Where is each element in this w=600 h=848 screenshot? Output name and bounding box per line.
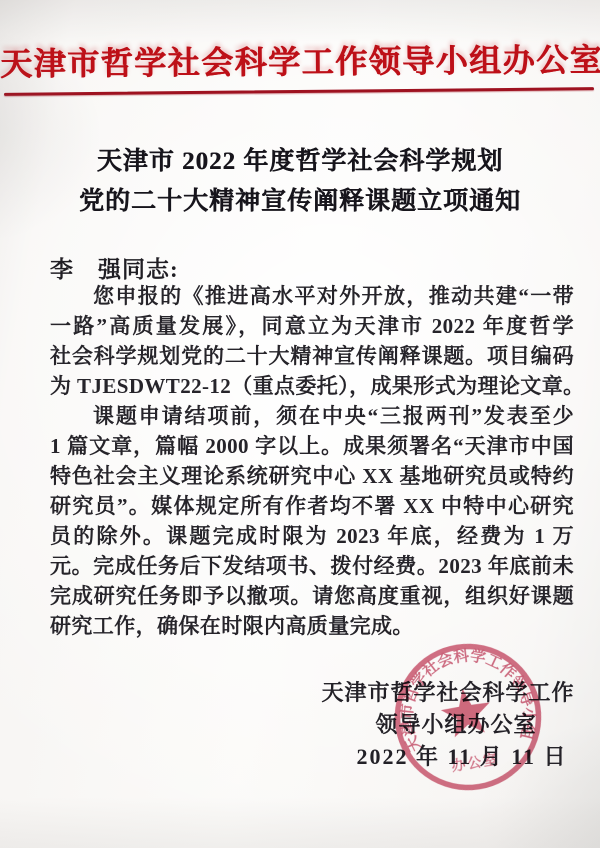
letterhead-divider — [4, 87, 594, 96]
body-line: 一路”高质量发展》，同意立为天津市 2022 年度哲学 — [50, 311, 574, 341]
document-title-line2: 党的二十大精神宣传阐释课题立项通知 — [0, 182, 600, 222]
seal-star-icon — [438, 685, 494, 739]
body-line: 特色社会主义理论系统研究中心 XX 基地研究员或特约 — [50, 461, 574, 491]
body-line: 1 篇文章，篇幅 2000 字以上。成果须署名“天津市中国 — [50, 431, 574, 461]
letter-body: 您申报的《推进高水平对外开放，推动共建“一带一路”高质量发展》，同意立为天津市 … — [50, 281, 574, 641]
body-line: 社会科学规划党的二十大精神宣传阐释课题。项目编码 — [50, 341, 574, 371]
document-page: 天津市哲学社会科学工作领导小组办公室 天津市 2022 年度哲学社会科学规划 党… — [0, 0, 600, 848]
document-title-line1: 天津市 2022 年度哲学社会科学规划 — [0, 142, 600, 182]
body-line: 为 TJESDWT22-12（重点委托），成果形式为理论文章。 — [50, 371, 574, 401]
salutation: 李 强同志: — [50, 251, 179, 284]
document-title: 天津市 2022 年度哲学社会科学规划 党的二十大精神宣传阐释课题立项通知 — [0, 142, 600, 222]
official-seal: 天津市哲学社会科学工作领导小组 办公室 — [371, 620, 566, 815]
body-line: 员的除外。课题完成时限为 2023 年底，经费为 1 万 — [50, 521, 574, 551]
body-line: 课题申请结项前，须在中央“三报两刊”发表至少 — [50, 401, 574, 431]
seal-bottom-text: 办公室 — [450, 751, 500, 775]
body-line: 研究员”。媒体规定所有作者均不署 XX 中特中心研究 — [50, 491, 574, 521]
letterhead-org-name: 天津市哲学社会科学工作领导小组办公室 — [0, 35, 600, 85]
body-line: 元。完成任务后下发结项书、拨付经费。2023 年底前未 — [50, 551, 574, 581]
body-line: 完成研究任务即予以撤项。请您高度重视，组织好课题 — [50, 581, 574, 611]
body-line: 您申报的《推进高水平对外开放，推动共建“一带 — [50, 281, 574, 311]
